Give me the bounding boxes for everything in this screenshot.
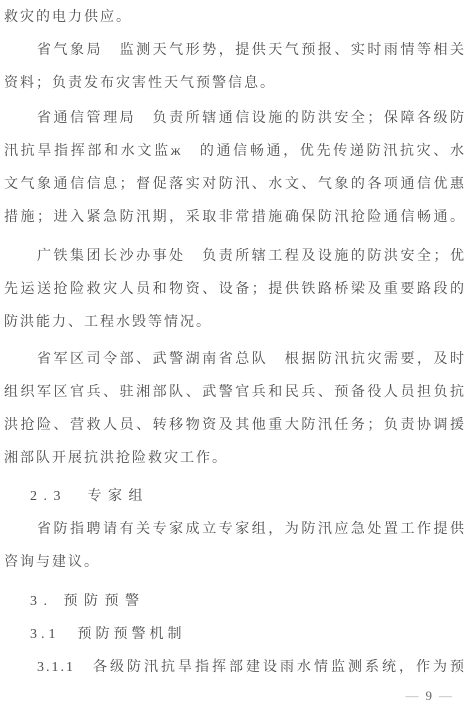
paragraph-line: 措施；进入紧急防汛期，采取非常措施确保防汛抢险通信畅通。 — [4, 201, 466, 234]
paragraph-line: 省防指聘请有关专家成立专家组，为防汛应急处置工作提供 — [4, 513, 466, 546]
paragraph-line: 防洪能力、工程水毁等情况。 — [4, 306, 466, 339]
paragraph-line: 资料；负责发布灾害性天气预警信息。 — [4, 67, 466, 100]
page-number: 9 — [419, 688, 440, 703]
paragraph-line: 咨询与建议。 — [4, 546, 466, 579]
paragraph-line: 洪抢险、营救人员、转移物资及其他重大防汛任务；负责协调援 — [4, 409, 466, 442]
paragraph-line: 组织军区官兵、驻湘部队、武警官兵和民兵、预备役人员担负抗 — [4, 376, 466, 409]
section-heading: 3. 预防预警 — [4, 585, 466, 618]
page-number-dash: — — [406, 688, 419, 703]
paragraph-line: 省通信管理局 负责所辖通信设施的防洪安全；保障各级防 — [4, 102, 466, 135]
page-footer: —9— — [406, 689, 453, 702]
paragraph-line: 省军区司令部、武警湖南省总队 根据防汛抗灾需要，及时 — [4, 343, 466, 376]
paragraph-line: 救灾的电力供应。 — [4, 1, 466, 34]
paragraph-line: 省气象局 监测天气形势，提供天气预报、实时雨情等相关 — [4, 34, 466, 67]
paragraph-line: 文气象通信信息；督促落实对防汛、水文、气象的各项通信优惠 — [4, 168, 466, 201]
section-heading: 3.1 预防预警机制 — [4, 618, 466, 651]
paragraph-line: 湘部队开展抗洪抢险救灾工作。 — [4, 442, 466, 475]
section-heading: 2.3 专家组 — [4, 480, 466, 513]
page-number-dash: — — [439, 688, 452, 703]
document-page: 救灾的电力供应。 省气象局 监测天气形势，提供天气预报、实时雨情等相关 资料；负… — [4, 1, 466, 684]
paragraph-line: 先运送抢险救灾人员和物资、设备；提供铁路桥梁及重要路段的 — [4, 273, 466, 306]
paragraph-line: 汛抗旱指挥部和水文监ж 的通信畅通，优先传递防汛抗灾、水 — [4, 135, 466, 168]
paragraph-line: 3.1.1 各级防汛抗旱指挥部建设雨水情监测系统，作为预 — [4, 651, 466, 684]
paragraph-line: 广铁集团长沙办事处 负责所辖工程及设施的防洪安全；优 — [4, 240, 466, 273]
